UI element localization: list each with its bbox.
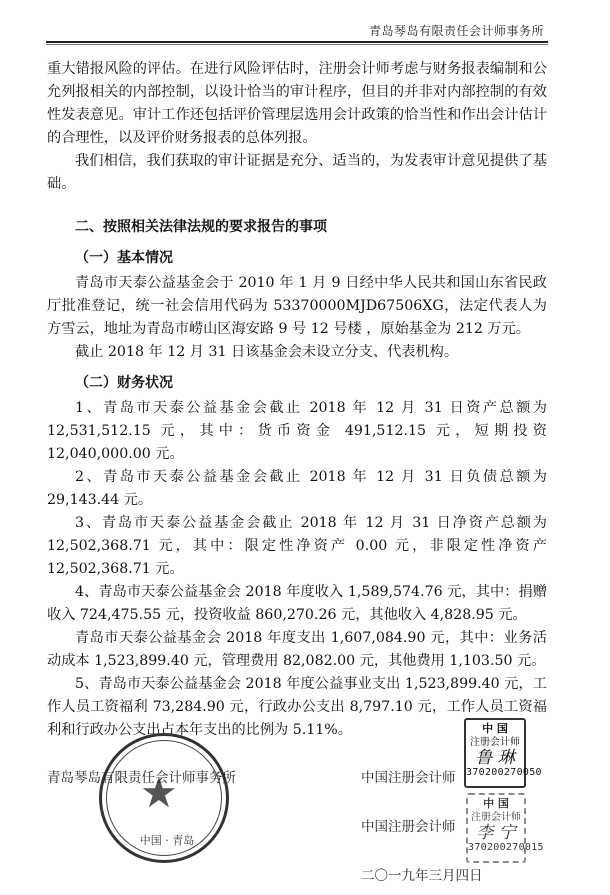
stamp-country: 中 国: [466, 722, 524, 736]
paragraph-risk-assessment: 重大错报风险的评估。在进行风险评估时，注册会计师考虑与财务报表编制和公允列报相关…: [47, 58, 547, 150]
stamp-signature: 李 宁: [468, 824, 524, 842]
item-total-assets: 1、青岛市天泰公益基金会截止 2018 年 12 月 31 日资产总额为 12,…: [47, 397, 547, 466]
paragraph-branches: 截止 2018 年 12 月 31 日该基金会未设立分支、代表机构。: [47, 341, 547, 364]
seal-text: 中国 · 青岛: [108, 832, 226, 848]
header-firm-name: 青岛琴岛有限责任会计师事务所: [369, 22, 544, 39]
header-rule-thin: [46, 44, 548, 45]
stamp-country: 中 国: [468, 797, 524, 811]
stamp-signature: 鲁 琳: [466, 749, 524, 767]
paragraph-registration: 青岛市天泰公益基金会于 2010 年 1 月 9 日经中华人民共和国山东省民政厅…: [47, 272, 547, 341]
item-income: 4、青岛市天泰公益基金会 2018 年度收入 1,589,574.76 元，其中…: [47, 581, 547, 627]
signature-firm-name: 青岛琴岛有限责任会计师事务所: [47, 766, 236, 786]
signature-cpa2-label: 中国注册会计师: [361, 815, 456, 835]
spacer: [47, 196, 547, 204]
paragraph-audit-evidence: 我们相信，我们获取的审计证据是充分、适当的，为发表审计意见提供了基础。: [47, 150, 547, 196]
item-net-assets: 3、青岛市天泰公益基金会截止 2018 年 12 月 31 日净资产总额为 12…: [47, 512, 547, 581]
signature-cpa1-label: 中国注册会计师: [361, 766, 456, 786]
stamp-number: 370200270015: [468, 842, 524, 854]
item-total-liabilities: 2、青岛市天泰公益基金会截止 2018 年 12 月 31 日负债总额为 29,…: [47, 466, 547, 512]
item-expenditure: 青岛市天泰公益基金会 2018 年度支出 1,607,084.90 元，其中：业…: [47, 627, 547, 673]
cpa-stamp-2: 中 国 注册会计师 李 宁 370200270015: [466, 793, 526, 863]
subsection-title-financial-status: （二）财务状况: [75, 372, 547, 395]
signature-date: 二〇一九年三月四日: [361, 864, 483, 884]
report-body: 重大错报风险的评估。在进行风险评估时，注册会计师考虑与财务报表编制和公允列报相关…: [47, 58, 547, 742]
cpa-stamp-1: 中 国 注册会计师 鲁 琳 370200270050: [464, 718, 526, 788]
subsection-title-basic-info: （一）基本情况: [75, 247, 547, 270]
stamp-number: 370200270050: [466, 767, 524, 779]
section-title-legal-matters: 二、按照相关法律法规的要求报告的事项: [75, 216, 547, 239]
firm-seal: ★ 中国 · 青岛: [99, 733, 229, 863]
header-rule: [46, 41, 548, 43]
